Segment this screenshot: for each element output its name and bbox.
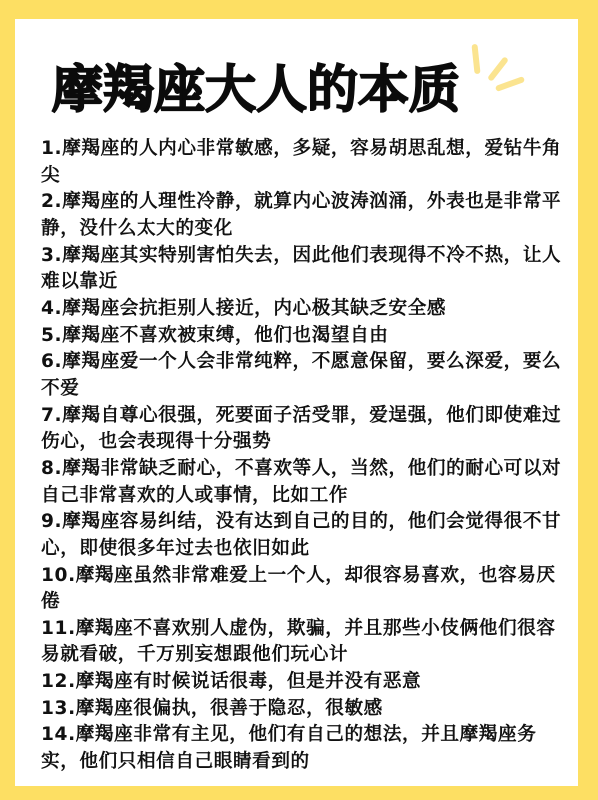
list-item: 3.摩羯座其实特别害怕失去，因此他们表现得不冷不热，让人难以靠近 <box>41 243 571 296</box>
list-item: 13.摩羯座很偏执，很善于隐忍，很敏感 <box>41 696 571 723</box>
list-item: 12.摩羯座有时候说话很毒，但是并没有恶意 <box>41 669 571 696</box>
list-item: 7.摩羯自尊心很强，死要面子活受罪，爱逞强，他们即使难过伤心，也会表现得十分强势 <box>41 403 571 456</box>
trait-list: 1.摩羯座的人内心非常敏感，多疑，容易胡思乱想，爱钻牛角尖 2.摩羯座的人理性冷… <box>41 136 571 776</box>
list-item: 1.摩羯座的人内心非常敏感，多疑，容易胡思乱想，爱钻牛角尖 <box>41 136 571 189</box>
list-item: 6.摩羯座爱一个人会非常纯粹，不愿意保留，要么深爱，要么不爱 <box>41 349 571 402</box>
sparkle-icon <box>471 44 480 74</box>
sparkle-icon <box>495 76 525 92</box>
list-item: 11.摩羯座不喜欢别人虚伪，欺骗，并且那些小伎俩他们很容易就看破，千万别妄想跟他… <box>41 616 571 669</box>
sparkle-icon <box>487 56 509 82</box>
page-title: 摩羯座大人的本质 <box>52 60 460 122</box>
list-item: 5.摩羯座不喜欢被束缚，他们也渴望自由 <box>41 323 571 350</box>
list-item: 9.摩羯座容易纠结，没有达到自己的目的，他们会觉得很不甘心，即使很多年过去也依旧… <box>41 509 571 562</box>
list-item: 4.摩羯座会抗拒别人接近，内心极其缺乏安全感 <box>41 296 571 323</box>
list-item: 2.摩羯座的人理性冷静，就算内心波涛汹涌，外表也是非常平静，没什么太大的变化 <box>41 189 571 242</box>
content-card: 摩羯座大人的本质 1.摩羯座的人内心非常敏感，多疑，容易胡思乱想，爱钻牛角尖 2… <box>15 19 578 786</box>
list-item: 10.摩羯座虽然非常难爱上一个人，却很容易喜欢，也容易厌倦 <box>41 563 571 616</box>
list-item: 8.摩羯非常缺乏耐心，不喜欢等人，当然，他们的耐心可以对自己非常喜欢的人或事情，… <box>41 456 571 509</box>
list-item: 14.摩羯座非常有主见，他们有自己的想法，并且摩羯座务实，他们只相信自己眼睛看到… <box>41 722 571 775</box>
